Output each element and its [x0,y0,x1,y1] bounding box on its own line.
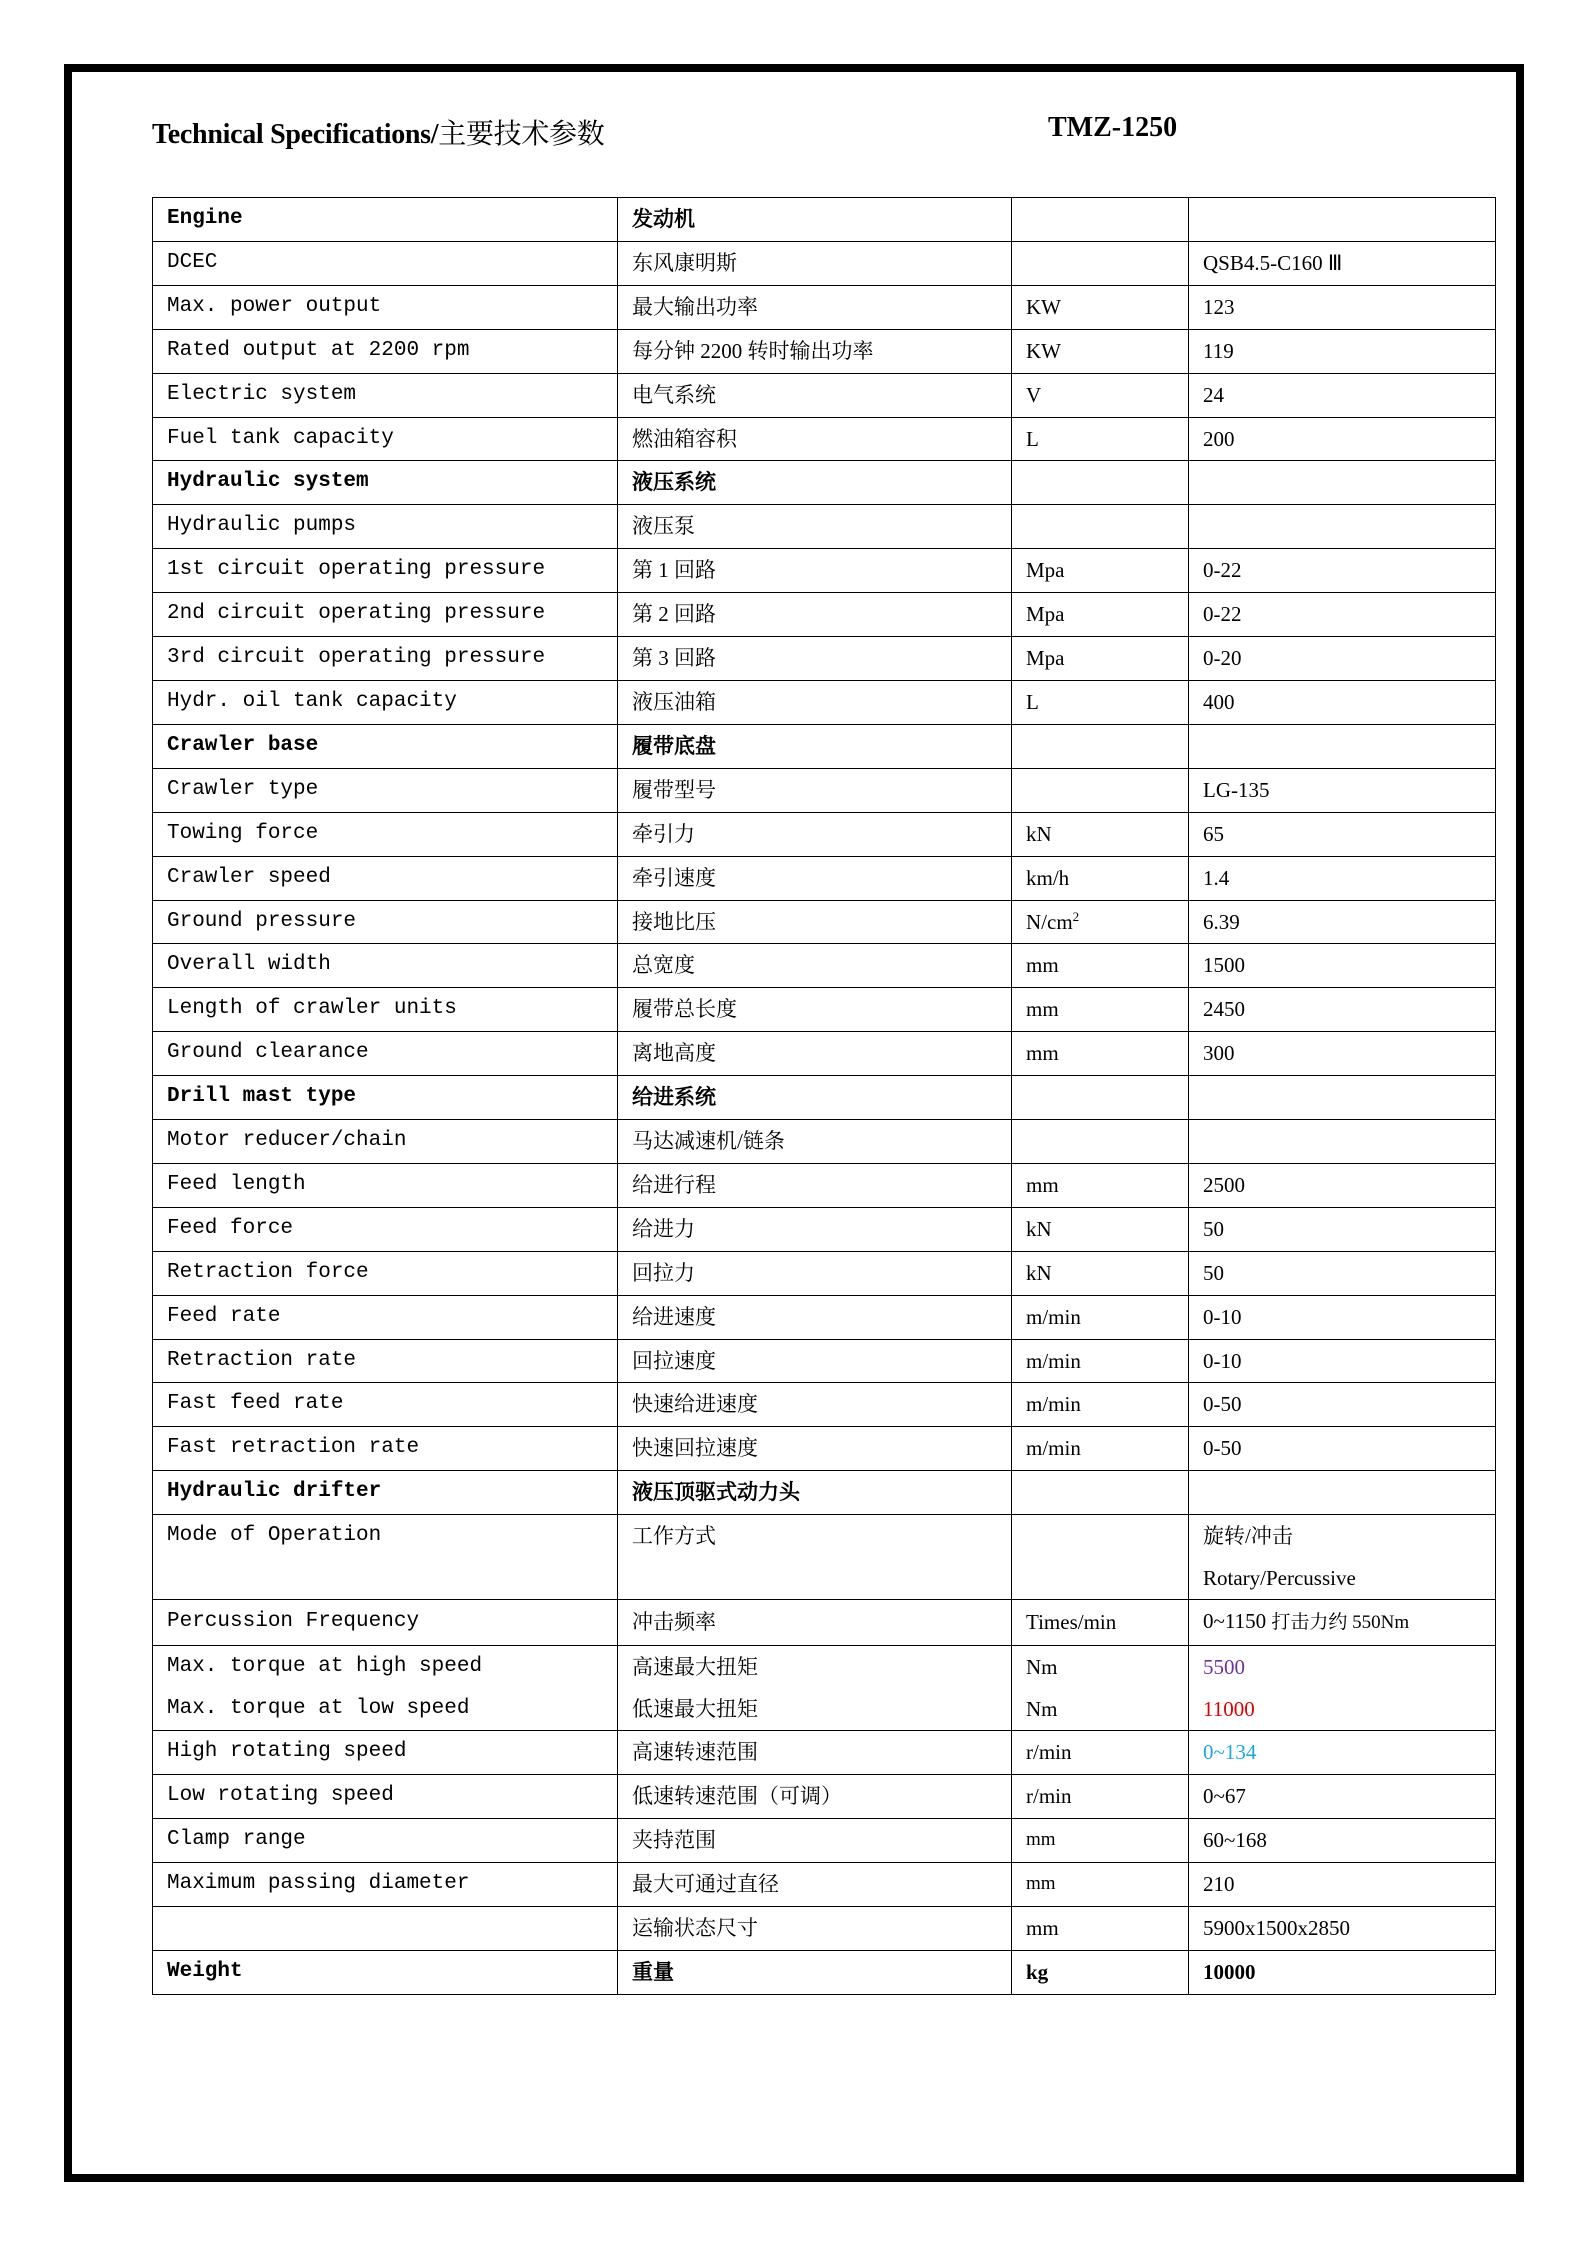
table-row: 2nd circuit operating pressure第 2 回路Mpa0… [153,593,1496,637]
spec-unit: Times/min [1012,1600,1189,1646]
spec-unit [1012,1515,1189,1600]
spec-value: 50 [1189,1207,1496,1251]
spec-name-cn: 液压油箱 [618,680,1012,724]
spec-name-cn: 快速回拉速度 [618,1427,1012,1471]
section-header-row: Crawler base履带底盘 [153,724,1496,768]
spec-unit: kg [1012,1950,1189,1994]
table-row: Max. power output最大输出功率KW123 [153,285,1496,329]
spec-name-en: Retraction force [153,1251,618,1295]
spec-value [1189,1471,1496,1515]
spec-value: 1500 [1189,944,1496,988]
table-row: Rated output at 2200 rpm每分钟 2200 转时输出功率K… [153,329,1496,373]
spec-value: 300 [1189,1032,1496,1076]
spec-unit [1012,768,1189,812]
table-row: Low rotating speed低速转速范围（可调）r/min0~67 [153,1775,1496,1819]
spec-name-cn: 每分钟 2200 转时输出功率 [618,329,1012,373]
spec-name-cn: 东风康明斯 [618,241,1012,285]
spec-value: 0-10 [1189,1339,1496,1383]
spec-name-en: Hydr. oil tank capacity [153,680,618,724]
spec-value: 200 [1189,417,1496,461]
spec-unit: mm [1012,1862,1189,1906]
table-row-weight: Weight重量kg10000 [153,1950,1496,1994]
torque-name-en: Max. torque at high speedMax. torque at … [153,1646,618,1731]
spec-name-en: Ground pressure [153,900,618,944]
title-english: Technical Specifications/ [152,119,438,150]
spec-unit: m/min [1012,1427,1189,1471]
table-row: Hydr. oil tank capacity液压油箱L400 [153,680,1496,724]
spec-unit: mm [1012,1818,1189,1862]
spec-value: 0~134 [1189,1731,1496,1775]
spec-name-cn: 工作方式 [618,1515,1012,1600]
spec-name-cn: 马达减速机/链条 [618,1120,1012,1164]
spec-value: 6.39 [1189,900,1496,944]
spec-unit: kN [1012,812,1189,856]
table-row: Maximum passing diameter最大可通过直径mm210 [153,1862,1496,1906]
spec-unit: kN [1012,1251,1189,1295]
spec-value: 0-50 [1189,1383,1496,1427]
table-row: 运输状态尺寸mm5900x1500x2850 [153,1906,1496,1950]
spec-name-cn: 总宽度 [618,944,1012,988]
spec-unit: km/h [1012,856,1189,900]
torque-value-low: 11000 [1203,1688,1495,1730]
spec-name-en: Rated output at 2200 rpm [153,329,618,373]
spec-name-en: Overall width [153,944,618,988]
spec-name-en: Fast feed rate [153,1383,618,1427]
table-row: 3rd circuit operating pressure第 3 回路Mpa0… [153,637,1496,681]
spec-unit: r/min [1012,1731,1189,1775]
spec-name-en: Electric system [153,373,618,417]
spec-name-en: Clamp range [153,1818,618,1862]
spec-unit [1012,724,1189,768]
table-row: Fast retraction rate快速回拉速度m/min0-50 [153,1427,1496,1471]
spec-value: 0-22 [1189,593,1496,637]
spec-unit [1012,241,1189,285]
spec-unit: Mpa [1012,549,1189,593]
spec-name-en: 2nd circuit operating pressure [153,593,618,637]
spec-name-en: Towing force [153,812,618,856]
spec-value: 0-50 [1189,1427,1496,1471]
spec-name-cn: 牵引力 [618,812,1012,856]
spec-unit: KW [1012,285,1189,329]
spec-name-en: Hydraulic pumps [153,505,618,549]
title-chinese: 主要技术参数 [438,119,604,150]
spec-unit: Mpa [1012,593,1189,637]
spec-unit: L [1012,680,1189,724]
spec-name-cn: 回拉速度 [618,1339,1012,1383]
table-row: Crawler speed牵引速度km/h1.4 [153,856,1496,900]
spec-name-en: DCEC [153,241,618,285]
spec-name-cn: 夹持范围 [618,1818,1012,1862]
spec-value [1189,461,1496,505]
table-row: Crawler type履带型号LG-135 [153,768,1496,812]
spec-name-en: Crawler speed [153,856,618,900]
spec-unit: m/min [1012,1339,1189,1383]
torque-name-cn: 高速最大扭矩低速最大扭矩 [618,1646,1012,1731]
table-row: Fast feed rate快速给进速度m/min0-50 [153,1383,1496,1427]
spec-value: 24 [1189,373,1496,417]
torque-unit-low: Nm [1026,1688,1188,1730]
spec-name-en: Mode of Operation [153,1515,618,1600]
spec-unit: KW [1012,329,1189,373]
spec-name-en: Length of crawler units [153,988,618,1032]
spec-value [1189,1120,1496,1164]
spec-value: QSB4.5-C160 Ⅲ [1189,241,1496,285]
spec-unit [1012,1471,1189,1515]
spec-name-en: Hydraulic drifter [153,1471,618,1515]
spec-name-cn: 履带型号 [618,768,1012,812]
mode-value-en: Rotary/Percussive [1203,1557,1495,1599]
spec-name-en: Max. power output [153,285,618,329]
spec-name-cn: 燃油箱容积 [618,417,1012,461]
spec-value: 10000 [1189,1950,1496,1994]
spec-unit [1012,1120,1189,1164]
spec-value: 210 [1189,1862,1496,1906]
spec-name-cn: 履带底盘 [618,724,1012,768]
table-row: Clamp range夹持范围mm60~168 [153,1818,1496,1862]
torque-value-high: 5500 [1203,1646,1495,1688]
spec-value: 1.4 [1189,856,1496,900]
spec-unit: m/min [1012,1295,1189,1339]
unit-superscript: 2 [1073,909,1080,924]
percussion-note: 打击力约 550Nm [1271,1612,1409,1633]
spec-name-cn: 给进速度 [618,1295,1012,1339]
spec-name-cn: 液压系统 [618,461,1012,505]
spec-name-cn: 电气系统 [618,373,1012,417]
spec-unit: N/cm2 [1012,900,1189,944]
spec-unit: mm [1012,1032,1189,1076]
spec-unit: mm [1012,944,1189,988]
table-row-mode-of-operation: Mode of Operation工作方式旋转/冲击Rotary/Percuss… [153,1515,1496,1600]
table-row: Ground clearance离地高度mm300 [153,1032,1496,1076]
torque-value: 550011000 [1189,1646,1496,1731]
table-row: Feed length给进行程mm2500 [153,1163,1496,1207]
spec-value: 0-10 [1189,1295,1496,1339]
table-row: Retraction rate回拉速度m/min0-10 [153,1339,1496,1383]
spec-name-cn: 牵引速度 [618,856,1012,900]
spec-name-en: Low rotating speed [153,1775,618,1819]
spec-name-en: Hydraulic system [153,461,618,505]
torque-name-en-low: Max. torque at low speed [167,1688,617,1730]
torque-unit: NmNm [1012,1646,1189,1731]
table-row: Feed rate给进速度m/min0-10 [153,1295,1496,1339]
spec-name-cn: 冲击频率 [618,1600,1012,1646]
spec-unit: V [1012,373,1189,417]
percussion-value: 0~1150 [1203,1609,1271,1633]
spec-value [1189,724,1496,768]
section-header-row: Engine发动机 [153,198,1496,242]
spec-value: 旋转/冲击Rotary/Percussive [1189,1515,1496,1600]
spec-table: Engine发动机DCEC东风康明斯QSB4.5-C160 ⅢMax. powe… [152,197,1496,1995]
spec-value: 65 [1189,812,1496,856]
spec-unit [1012,1076,1189,1120]
spec-name-en: Ground clearance [153,1032,618,1076]
spec-unit: L [1012,417,1189,461]
spec-name-cn: 液压泵 [618,505,1012,549]
spec-unit [1012,461,1189,505]
spec-unit: m/min [1012,1383,1189,1427]
spec-name-cn: 重量 [618,1950,1012,1994]
table-row: 1st circuit operating pressure第 1 回路Mpa0… [153,549,1496,593]
spec-unit: mm [1012,1906,1189,1950]
spec-name-cn: 第 2 回路 [618,593,1012,637]
spec-name-en: Feed length [153,1163,618,1207]
spec-name-en: Maximum passing diameter [153,1862,618,1906]
spec-name-cn: 给进行程 [618,1163,1012,1207]
spec-value: 400 [1189,680,1496,724]
table-row: Ground pressure接地比压N/cm26.39 [153,900,1496,944]
spec-name-cn: 低速转速范围（可调） [618,1775,1012,1819]
spec-value: 2500 [1189,1163,1496,1207]
spec-name-en: 1st circuit operating pressure [153,549,618,593]
table-row: Overall width总宽度mm1500 [153,944,1496,988]
table-row: Retraction force回拉力kN50 [153,1251,1496,1295]
spec-unit [1012,505,1189,549]
spec-name-cn: 液压顶驱式动力头 [618,1471,1012,1515]
spec-unit: kN [1012,1207,1189,1251]
spec-value: 119 [1189,329,1496,373]
spec-name-en: Fuel tank capacity [153,417,618,461]
spec-name-en [153,1906,618,1950]
spec-name-cn: 第 3 回路 [618,637,1012,681]
spec-name-cn: 快速给进速度 [618,1383,1012,1427]
spec-name-en: Crawler type [153,768,618,812]
torque-name-cn-low: 低速最大扭矩 [632,1688,1011,1730]
table-row: Electric system电气系统V24 [153,373,1496,417]
table-row: Length of crawler units履带总长度mm2450 [153,988,1496,1032]
spec-name-cn: 第 1 回路 [618,549,1012,593]
spec-value: 50 [1189,1251,1496,1295]
spec-value [1189,198,1496,242]
spec-name-cn: 履带总长度 [618,988,1012,1032]
spec-name-en: Fast retraction rate [153,1427,618,1471]
spec-name-en: Engine [153,198,618,242]
spec-value [1189,505,1496,549]
table-row-torque: Max. torque at high speedMax. torque at … [153,1646,1496,1731]
table-row: Feed force给进力kN50 [153,1207,1496,1251]
spec-name-cn: 接地比压 [618,900,1012,944]
table-row: Hydraulic pumps液压泵 [153,505,1496,549]
unit-base: N/cm [1026,910,1073,934]
spec-name-cn: 离地高度 [618,1032,1012,1076]
spec-value: 0~1150 打击力约 550Nm [1189,1600,1496,1646]
mode-value-cn: 旋转/冲击 [1203,1515,1495,1557]
model-number: TMZ-1250 [1048,112,1177,144]
spec-table-body: Engine发动机DCEC东风康明斯QSB4.5-C160 ⅢMax. powe… [153,198,1496,1995]
table-row: DCEC东风康明斯QSB4.5-C160 Ⅲ [153,241,1496,285]
spec-value: 5900x1500x2850 [1189,1906,1496,1950]
spec-name-en: Crawler base [153,724,618,768]
spec-name-en: High rotating speed [153,1731,618,1775]
spec-value: 0~67 [1189,1775,1496,1819]
spec-unit [1012,198,1189,242]
table-row: Motor reducer/chain马达减速机/链条 [153,1120,1496,1164]
spec-name-cn: 高速转速范围 [618,1731,1012,1775]
table-row: High rotating speed高速转速范围r/min0~134 [153,1731,1496,1775]
spec-name-cn: 运输状态尺寸 [618,1906,1012,1950]
spec-value: 60~168 [1189,1818,1496,1862]
spec-name-en: Drill mast type [153,1076,618,1120]
spec-name-en: Retraction rate [153,1339,618,1383]
spec-unit: Mpa [1012,637,1189,681]
section-header-row: Hydraulic system液压系统 [153,461,1496,505]
spec-name-en: Motor reducer/chain [153,1120,618,1164]
spec-name-en: Feed rate [153,1295,618,1339]
spec-value: LG-135 [1189,768,1496,812]
table-row: Towing force牵引力kN65 [153,812,1496,856]
spec-value: 0-20 [1189,637,1496,681]
spec-unit: mm [1012,1163,1189,1207]
table-row: Fuel tank capacity燃油箱容积L200 [153,417,1496,461]
torque-name-en-high: Max. torque at high speed [167,1646,617,1688]
spec-name-en: 3rd circuit operating pressure [153,637,618,681]
spec-name-en: Weight [153,1950,618,1994]
section-header-row: Drill mast type给进系统 [153,1076,1496,1120]
spec-name-cn: 发动机 [618,198,1012,242]
spec-value: 2450 [1189,988,1496,1032]
torque-name-cn-high: 高速最大扭矩 [632,1646,1011,1688]
spec-unit: mm [1012,988,1189,1032]
spec-name-en: Feed force [153,1207,618,1251]
spec-unit: r/min [1012,1775,1189,1819]
table-row-percussion: Percussion Frequency冲击频率Times/min0~1150 … [153,1600,1496,1646]
spec-name-cn: 回拉力 [618,1251,1012,1295]
spec-name-cn: 最大输出功率 [618,285,1012,329]
spec-name-cn: 最大可通过直径 [618,1862,1012,1906]
spec-value: 123 [1189,285,1496,329]
section-header-row: Hydraulic drifter液压顶驱式动力头 [153,1471,1496,1515]
spec-value [1189,1076,1496,1120]
spec-value: 0-22 [1189,549,1496,593]
torque-unit-high: Nm [1026,1646,1188,1688]
page-title: Technical Specifications/主要技术参数 [152,112,604,152]
spec-name-en: Percussion Frequency [153,1600,618,1646]
spec-name-cn: 给进系统 [618,1076,1012,1120]
spec-name-cn: 给进力 [618,1207,1012,1251]
